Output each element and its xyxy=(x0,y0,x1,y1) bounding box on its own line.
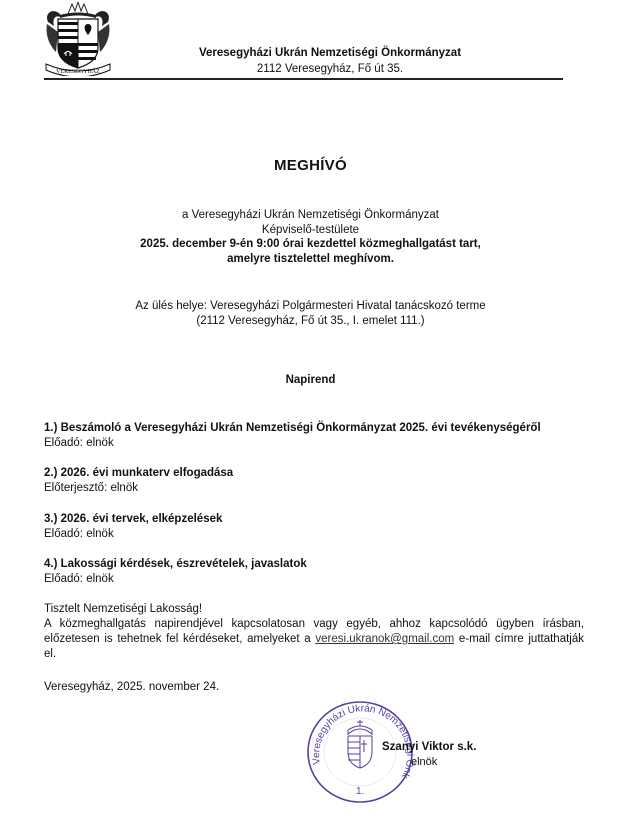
agenda-item: 4.) Lakossági kérdések, észrevételek, ja… xyxy=(44,557,307,587)
meeting-location: Az ülés helye: Veresegyházi Polgármester… xyxy=(0,300,621,312)
agenda-item-title: 1.) Beszámoló a Veresegyházi Ukrán Nemze… xyxy=(44,421,541,436)
organization-address: 2112 Veresegyház, Fő út 35. xyxy=(120,63,540,75)
agenda-item-title: 2.) 2026. évi munkaterv elfogadása xyxy=(44,466,233,481)
svg-text:VERESEGYHÁZ: VERESEGYHÁZ xyxy=(56,67,100,75)
agenda-item: 1.) Beszámoló a Veresegyházi Ukrán Nemze… xyxy=(44,421,541,451)
document-title: MEGHÍVÓ xyxy=(0,157,621,174)
signatory-name: Szanyi Viktor s.k. xyxy=(382,741,476,753)
agenda-item-title: 4.) Lakossági kérdések, észrevételek, ja… xyxy=(44,557,307,572)
invitation-date-line: 2025. december 9-én 9:00 órai kezdettel … xyxy=(0,238,621,250)
agenda-item-presenter: Előadó: elnök xyxy=(44,527,222,542)
notice-block: Tisztelt Nemzetiségi Lakosság! A közmegh… xyxy=(44,602,584,662)
meeting-address: (2112 Veresegyház, Fő út 35., I. emelet … xyxy=(0,315,621,327)
agenda-item: 3.) 2026. évi tervek, elképzelések Előad… xyxy=(44,512,222,542)
notice-paragraph: A közmeghallgatás napirendjével kapcsola… xyxy=(44,617,584,662)
agenda-item-presenter: Előterjesztő: elnök xyxy=(44,481,233,496)
header-divider xyxy=(44,78,563,80)
coat-of-arms-logo: VERESEGYHÁZ xyxy=(44,2,112,76)
invitation-line-1: a Veresegyházi Ukrán Nemzetiségi Önkormá… xyxy=(0,209,621,221)
signatory-role: elnök xyxy=(411,756,437,768)
crest-icon: VERESEGYHÁZ xyxy=(44,2,112,76)
email-link[interactable]: veresi.ukranok@gmail.com xyxy=(315,633,454,645)
organization-name: Veresegyházi Ukrán Nemzetiségi Önkormány… xyxy=(120,47,540,59)
invitation-line-2: Képviselő-testülete xyxy=(0,224,621,236)
agenda-item-presenter: Előadó: elnök xyxy=(44,436,541,451)
agenda-item-title: 3.) 2026. évi tervek, elképzelések xyxy=(44,512,222,527)
agenda-item-presenter: Előadó: elnök xyxy=(44,572,307,587)
notice-greeting: Tisztelt Nemzetiségi Lakosság! xyxy=(44,602,584,617)
invitation-closing-line: amelyre tisztelettel meghívom. xyxy=(0,253,621,265)
agenda-heading: Napirend xyxy=(0,374,621,386)
svg-text:1.: 1. xyxy=(356,786,364,797)
agenda-item: 2.) 2026. évi munkaterv elfogadása Előte… xyxy=(44,466,233,496)
document-date: Veresegyház, 2025. november 24. xyxy=(44,681,219,693)
